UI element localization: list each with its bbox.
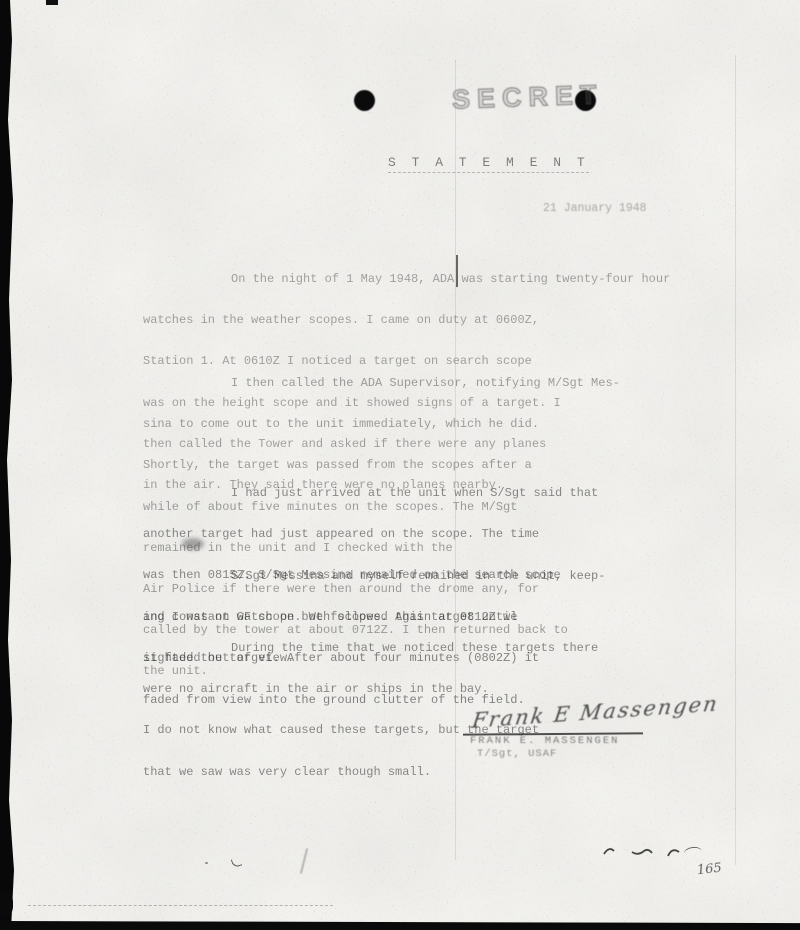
scan-edge-blob xyxy=(0,893,13,915)
scan-edge-bottom xyxy=(0,921,800,930)
scanned-document-page: SECRET S T A T E M E N T 21 January 1948… xyxy=(0,0,800,930)
text-line: that we saw was very clear though small. xyxy=(143,766,579,779)
fold-crease-line xyxy=(735,55,736,865)
text-line: S/Sgt Messina and myself remained in the… xyxy=(143,570,579,583)
text-line: I then called the ADA Supervisor, notify… xyxy=(143,377,579,390)
faint-dashed-line xyxy=(28,905,333,906)
text-line: were no aircraft in the air or ships in … xyxy=(143,683,579,696)
text-line: watches in the weather scopes. I came on… xyxy=(143,314,579,327)
ink-smudge xyxy=(182,538,204,550)
pen-check-mark xyxy=(231,857,243,869)
text-line: I had just arrived at the unit when S/Sg… xyxy=(143,487,579,500)
text-line: On the night of 1 May 1948, ADA was star… xyxy=(143,273,579,286)
text-line: During the time that we noticed these ta… xyxy=(143,642,579,655)
document-title: S T A T E M E N T xyxy=(388,155,589,173)
scan-scratch-mark xyxy=(300,848,308,874)
signature-typed-name: FRANK E. MASSENGEN xyxy=(470,735,619,747)
signature-rank: T/Sgt, USAF xyxy=(477,748,557,760)
pen-dot-mark xyxy=(205,862,208,864)
fold-crease-line xyxy=(455,60,456,860)
scan-artifact-line xyxy=(456,255,458,287)
hole-punch-left xyxy=(354,90,375,111)
text-line: sina to come out to the unit immediately… xyxy=(143,418,579,431)
text-line: another target had just appeared on the … xyxy=(143,528,579,541)
secret-stamp: SECRET xyxy=(452,79,605,115)
scan-edge-top-nick xyxy=(46,0,58,5)
document-date: 21 January 1948 xyxy=(543,202,647,215)
scan-edge-left xyxy=(0,0,14,930)
